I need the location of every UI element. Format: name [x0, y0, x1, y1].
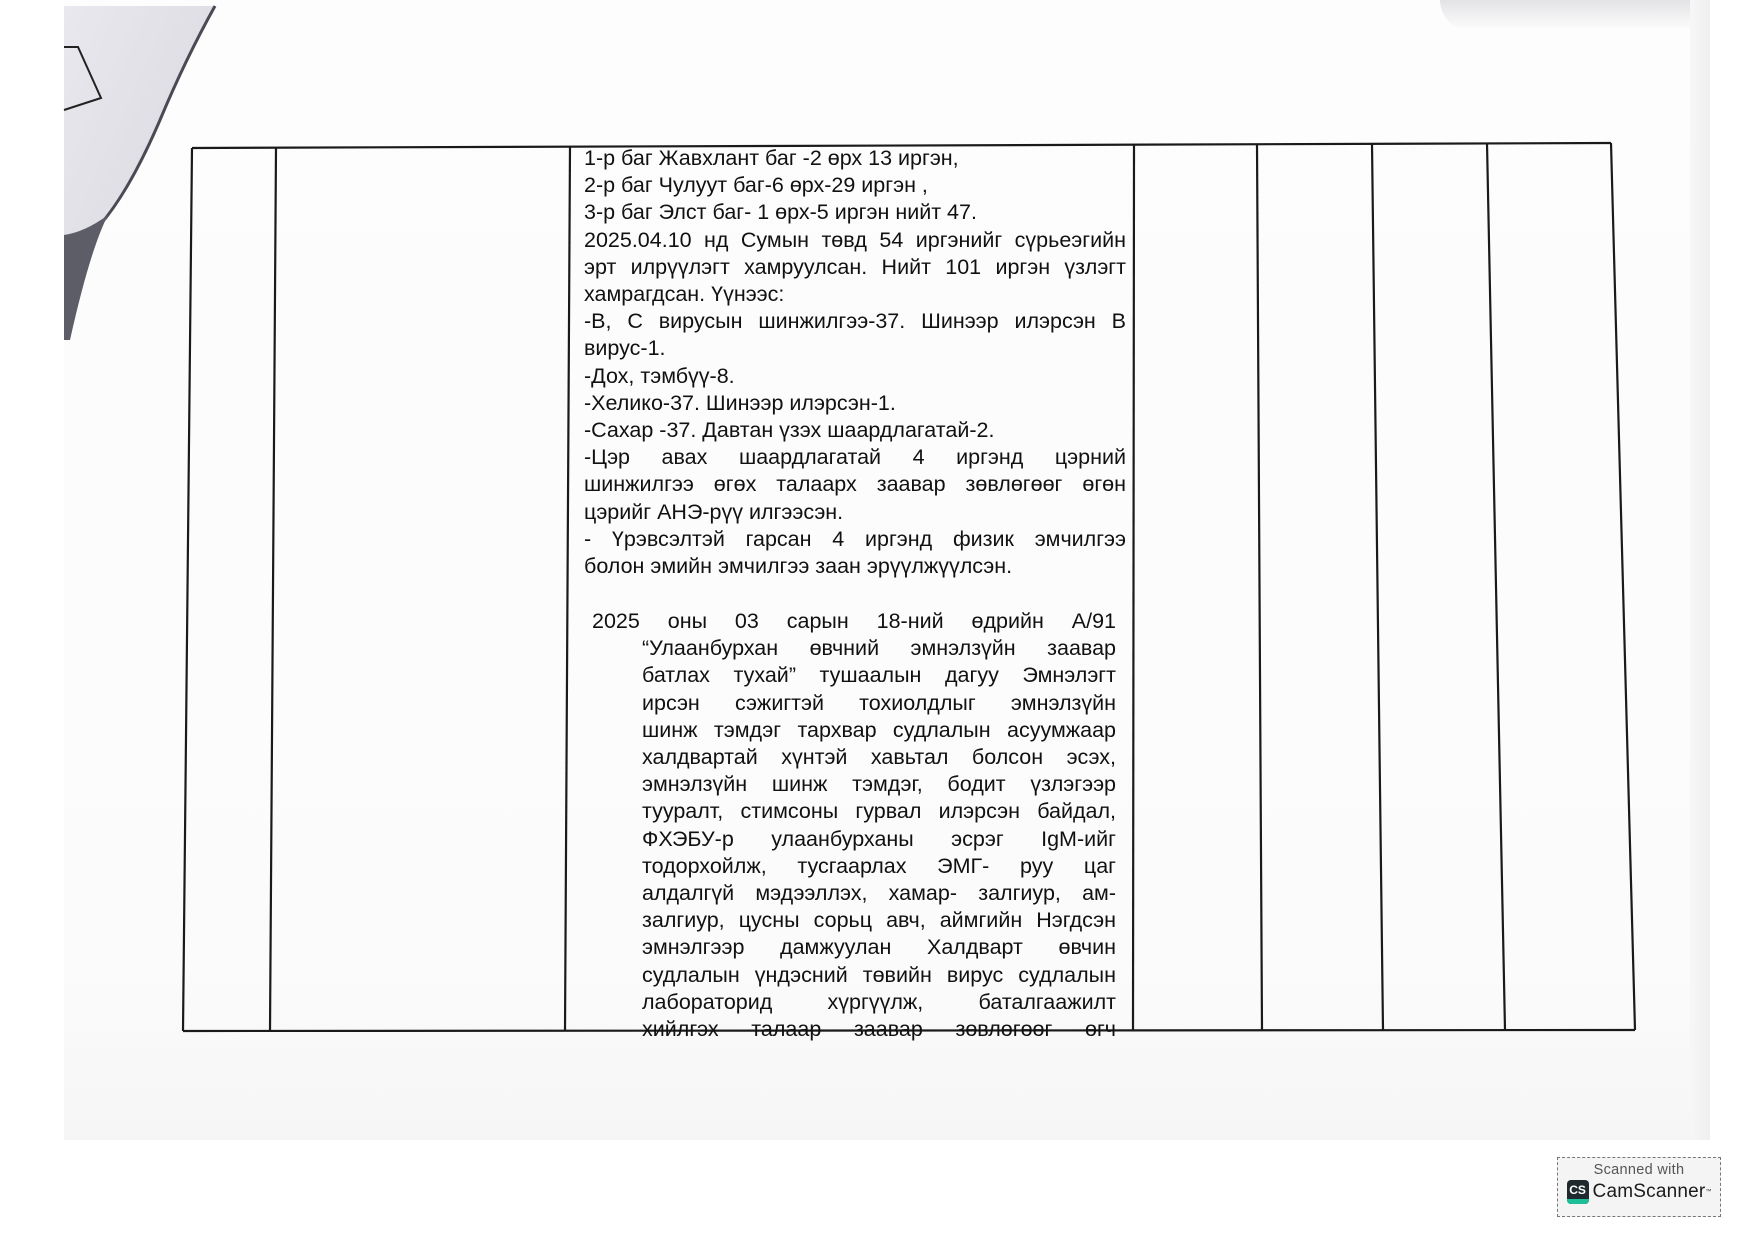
text-line: 2-р баг Чулуут баг-6 өрх-29 иргэн ,	[584, 172, 1126, 199]
text-line: судлалын үндэсний төвийн вирус судлалын	[592, 962, 1116, 989]
text-line: эмнэлзүйн шинж тэмдэг, бодит үзлэгээр	[592, 771, 1116, 798]
text-line: лабораторид хүргүүлж, баталгаажилт	[592, 989, 1116, 1016]
text-line: хийлгэх талаар заавар зөвлөгөөг өгч	[592, 1016, 1116, 1043]
text-line: халдвартай хүнтэй хавьтал болсон эсэх,	[592, 744, 1116, 771]
text-line: батлах тухай” тушаалын дагуу Эмнэлэгт	[592, 662, 1116, 689]
column-divider-1	[270, 147, 276, 1031]
text-line: - Үрэвсэлтэй гарсан 4 иргэнд физик эмчил…	[584, 526, 1126, 553]
text-line: залгиур, цусны сорьц авч, аймгийн Нэгдсэ…	[592, 907, 1116, 934]
camscanner-watermark: Scanned with CS CamScanner™	[1557, 1157, 1721, 1217]
column-divider-5	[1372, 144, 1383, 1030]
text-line: 2025.04.10 нд Сумын төвд 54 иргэнийг сүр…	[584, 227, 1126, 254]
trademark-symbol: ™	[1705, 1189, 1711, 1195]
text-line: шинжилгээ өгөх талаарх заавар зөвлөгөөг …	[584, 471, 1126, 498]
text-line: эрт илрүүлэгт хамруулсан. Нийт 101 иргэн…	[584, 254, 1126, 281]
text-line: 2025 оны 03 сарын 18-ний өдрийн А/91	[592, 608, 1116, 635]
text-line: тууралт, стимсоны гурвал илэрсэн байдал,	[592, 798, 1116, 825]
text-line: “Улаанбурхан өвчний эмнэлзүйн заавар	[592, 635, 1116, 662]
column-divider-2	[565, 146, 570, 1031]
cell-text-screening-results: 1-р баг Жавхлант баг -2 өрх 13 иргэн, 2-…	[584, 145, 1126, 580]
text-line: -Хелико-37. Шинээр илэрсэн-1.	[584, 390, 1126, 417]
text-line: эмнэлгээр дамжуулан Халдварт өвчин	[592, 934, 1116, 961]
table-right-border	[1611, 143, 1635, 1030]
text-line: ирсэн сэжигтэй тохиолдлыг эмнэлзүйн	[592, 690, 1116, 717]
text-line: 3-р баг Элст баг- 1 өрх-5 иргэн нийт 47.	[584, 199, 1126, 226]
watermark-brand: CamScanner	[1593, 1181, 1706, 1203]
text-line: хамрагдсан. Үүнээс:	[584, 281, 1126, 308]
table-left-border	[183, 148, 192, 1031]
column-divider-3	[1133, 145, 1134, 1030]
watermark-caption: Scanned with	[1558, 1162, 1720, 1178]
column-divider-6	[1487, 143, 1505, 1030]
text-line: болон эмийн эмчилгээ заан эрүүлжүүлсэн.	[584, 553, 1126, 580]
text-line: 1-р баг Жавхлант баг -2 өрх 13 иргэн,	[584, 145, 1126, 172]
text-line: вирус-1.	[584, 335, 1126, 362]
text-line: -Дох, тэмбүү-8.	[584, 363, 1126, 390]
text-line: -Цэр авах шаардлагатай 4 иргэнд цэрний	[584, 444, 1126, 471]
text-line: тодорхойлж, тусгаарлах ЭМГ- руу цаг	[592, 853, 1116, 880]
text-line: шинж тэмдэг тархвар судлалын асуумжаар	[592, 717, 1116, 744]
cell-text-measles-procedure: 2025 оны 03 сарын 18-ний өдрийн А/91 “Ул…	[592, 608, 1116, 1043]
column-divider-4	[1257, 144, 1262, 1030]
text-line: цэрийг АНЭ-рүү илгээсэн.	[584, 499, 1126, 526]
text-line: алдалгүй мэдээллэх, хамар- залгиур, ам-	[592, 880, 1116, 907]
text-line: ФХЭБУ-р улаанбурханы эсрэг IgM-ийг	[592, 826, 1116, 853]
text-line: -Сахар -37. Давтан үзэх шаардлагатай-2.	[584, 417, 1126, 444]
text-line: -В, С вирусын шинжилгээ-37. Шинээр илэрс…	[584, 308, 1126, 335]
camscanner-logo-icon: CS	[1567, 1180, 1589, 1204]
